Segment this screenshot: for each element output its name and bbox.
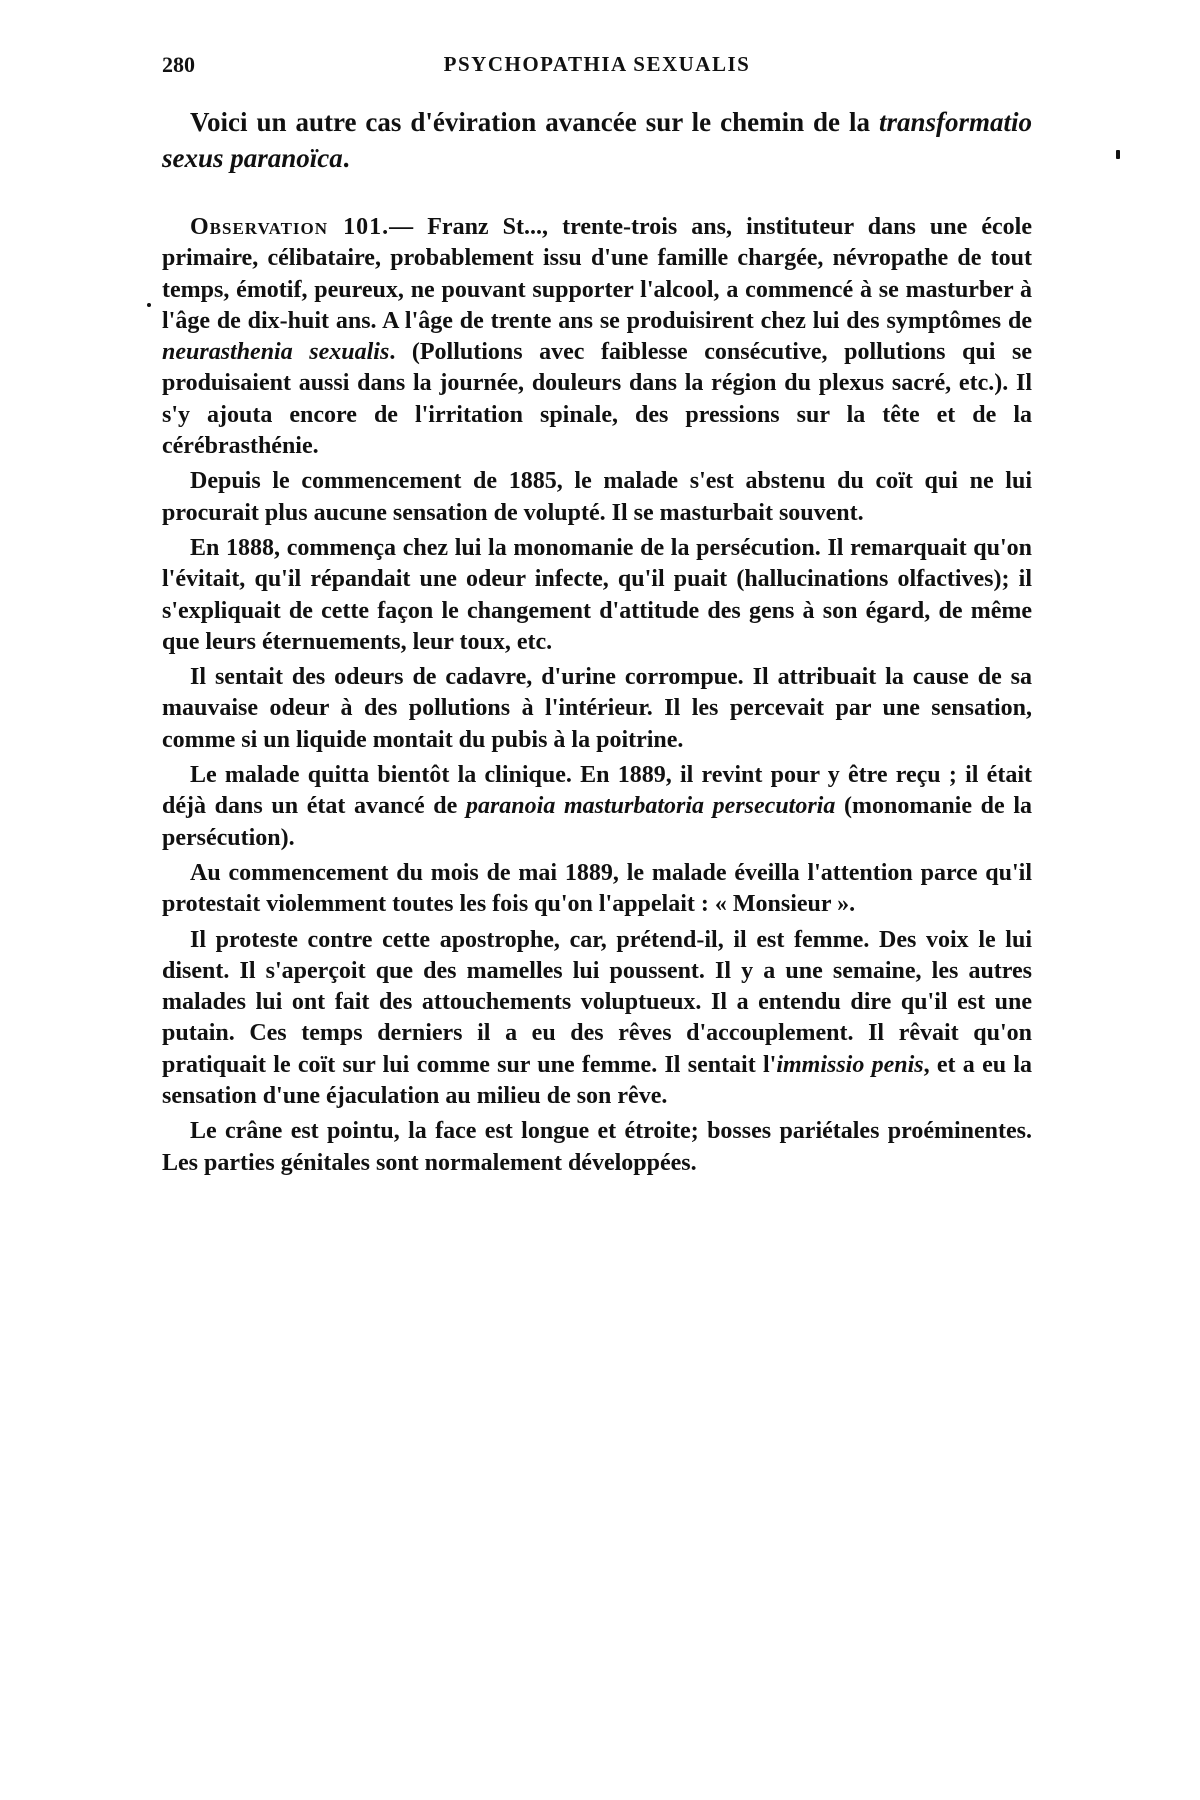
observation-paragraph-4: Il sentait des odeurs de cadavre, d'urin…: [162, 662, 1032, 756]
italic-term: immissio penis: [776, 1052, 923, 1078]
observation-paragraph-8: Le crâne est pointu, la face est longue …: [162, 1116, 1032, 1179]
intro-text: Voici un autre cas d'éviration avancée s…: [190, 107, 879, 137]
italic-term: neurasthenia sexualis: [162, 339, 389, 365]
running-head: 280 PSYCHOPATHIA SEXUALIS: [162, 52, 1032, 92]
body-text: Voici un autre cas d'éviration avancée s…: [162, 104, 1032, 1179]
observation-paragraph-3: En 1888, commença chez lui la monomanie …: [162, 533, 1032, 658]
margin-dot: [147, 303, 151, 307]
running-title: PSYCHOPATHIA SEXUALIS: [162, 52, 1032, 77]
document-page: 280 PSYCHOPATHIA SEXUALIS Voici un autre…: [0, 0, 1200, 1800]
observation-paragraph-1: Observation 101.— Franz St..., trente-tr…: [162, 212, 1032, 462]
margin-mark: [1116, 150, 1120, 159]
observation-label: Observation 101.: [190, 214, 389, 240]
observation-paragraph-2: Depuis le commencement de 1885, le malad…: [162, 466, 1032, 529]
observation-paragraph-7: Il proteste contre cette apostrophe, car…: [162, 925, 1032, 1113]
observation-paragraph-6: Au commencement du mois de mai 1889, le …: [162, 858, 1032, 921]
observation-paragraph-5: Le malade quitta bientôt la clinique. En…: [162, 760, 1032, 854]
intro-paragraph: Voici un autre cas d'éviration avancée s…: [162, 104, 1032, 176]
intro-text-end: .: [343, 143, 350, 173]
italic-term: paranoia masturbatoria persecutoria: [466, 793, 835, 819]
